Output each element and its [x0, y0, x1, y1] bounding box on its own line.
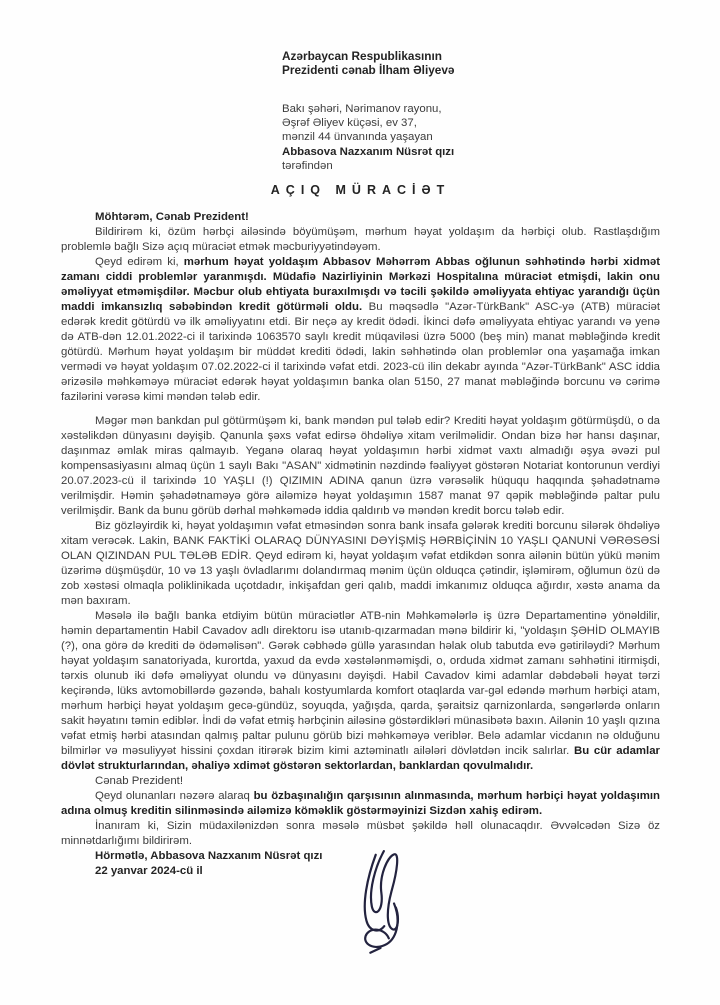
recipient-block: Azərbaycan Respublikasının Prezidenti cə… [282, 49, 660, 77]
recipient-line-1: Azərbaycan Respublikasının [282, 49, 660, 63]
scanned-letter-page: Azərbaycan Respublikasının Prezidenti cə… [0, 0, 720, 1005]
text-segment: Bu məqsədlə "Azər-TürkBank" ASC-yə (ATB)… [61, 301, 660, 403]
paragraph-inheritance: Məgər mən bankdan pul götürmüşəm ki, ban… [61, 414, 660, 519]
text-segment: İnanıram ki, Sizin müdaxilənizdən sonra … [61, 820, 660, 847]
paragraph-credit-history: Qeyd edirəm ki, mərhum həyat yoldaşım Ab… [61, 255, 660, 405]
text-segment: Qeyd edirəm ki, [95, 256, 184, 268]
text-segment: Məgər mən bankdan pul götürmüşəm ki, ban… [61, 415, 660, 517]
paragraph-intro: Bildirirəm ki, özüm hərbçi ailəsində böy… [61, 225, 660, 255]
sender-address-line-2: Əşrəf Əliyev küçəsi, ev 37, [282, 116, 660, 130]
text-segment: Qeyd olunanları nəzərə alaraq [95, 790, 254, 802]
salutation-second: Cənab Prezident! [61, 774, 660, 789]
paragraph-request: Qeyd olunanları nəzərə alaraq bu özbaşın… [61, 789, 660, 819]
sender-address-line-3: mənzil 44 ünvanında yaşayan [282, 130, 660, 144]
recipient-line-2: Prezidenti cənab İlham Əliyevə [282, 63, 660, 77]
text-segment: Biz gözləyirdik ki, həyat yoldaşımın vəf… [61, 520, 660, 607]
text-segment: Bildirirəm ki, özüm hərbçi ailəsində böy… [61, 226, 660, 253]
text-segment: Məsələ ilə bağlı banka etdiyim bütün mür… [61, 610, 660, 757]
sender-name: Abbasova Nazxanım Nüsrət qızı [282, 145, 660, 159]
paragraph-bank-demand: Biz gözləyirdik ki, həyat yoldaşımın vəf… [61, 519, 660, 609]
sender-address-line-1: Bakı şəhəri, Nərimanov rayonu, [282, 102, 660, 116]
sender-suffix: tərəfindən [282, 159, 660, 173]
paragraph-habil-cavadov: Məsələ ilə bağlı banka etdiyim bütün mür… [61, 609, 660, 774]
letter-content: Azərbaycan Respublikasının Prezidenti cə… [61, 49, 660, 879]
sender-block: Bakı şəhəri, Nərimanov rayonu, Əşrəf Əli… [282, 102, 660, 173]
signature-scribble [342, 844, 418, 964]
greeting-line: Möhtərəm, Cənab Prezident! [61, 210, 660, 225]
letter-title: AÇIQ MÜRACİƏT [61, 183, 660, 198]
